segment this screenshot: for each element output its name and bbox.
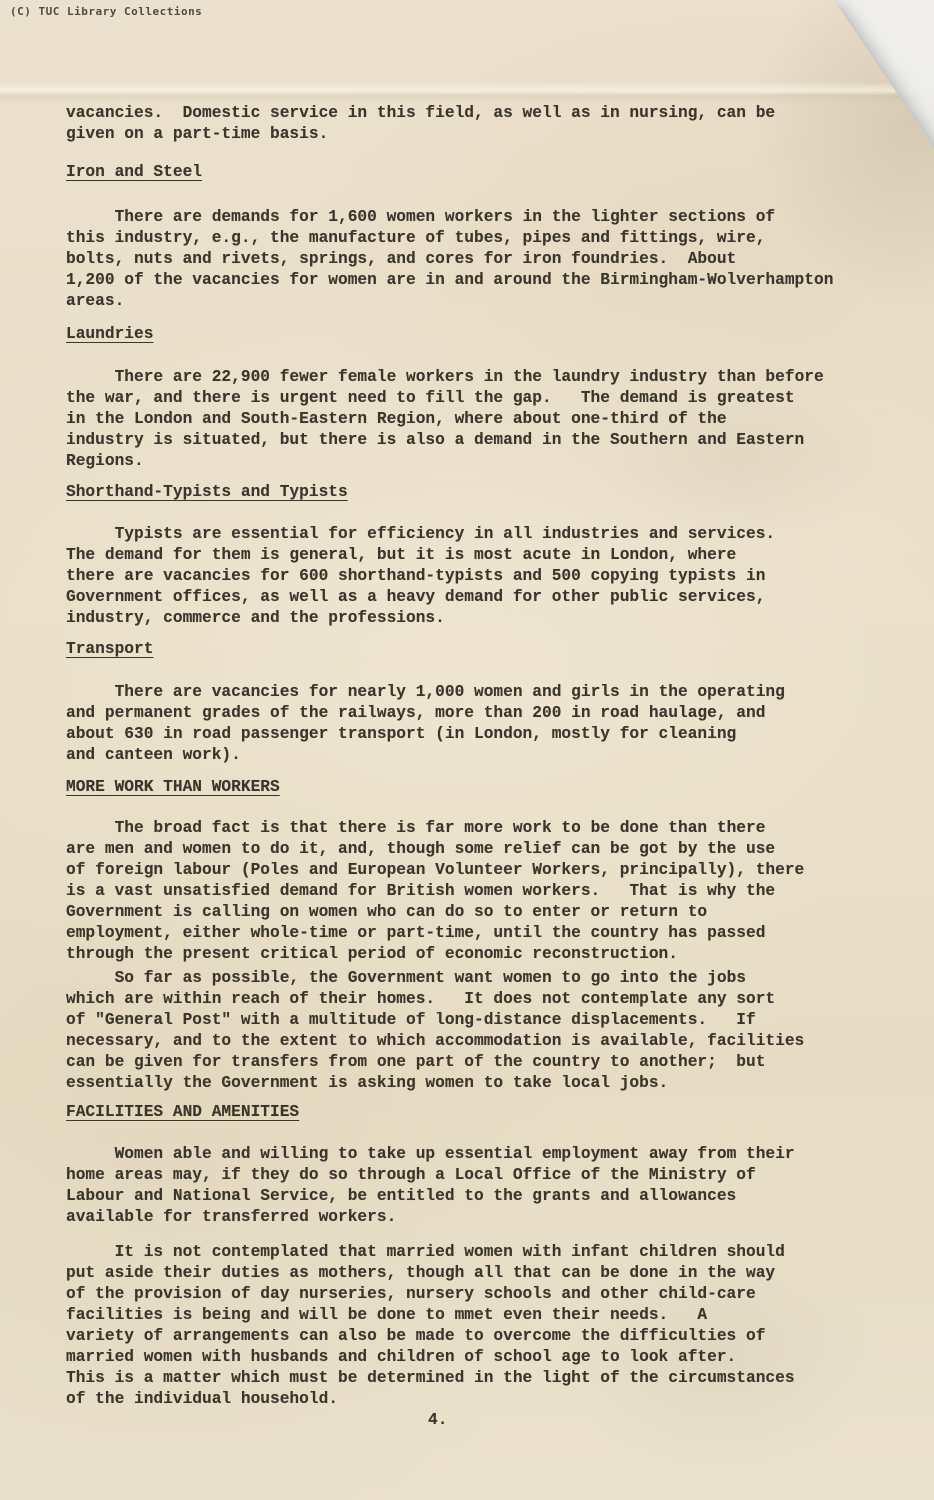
paragraph-laundries: There are 22,900 fewer female workers in… [66,367,824,472]
scan-backdrop: (C) TUC Library Collections vacancies. D… [0,0,934,1500]
paper-shadow-wrapper: (C) TUC Library Collections vacancies. D… [0,0,934,1500]
paragraph-shorthand-typists: Typists are essential for efficiency in … [66,524,775,629]
document-page: (C) TUC Library Collections vacancies. D… [0,0,934,1500]
library-watermark: (C) TUC Library Collections [10,5,202,18]
paragraph-facilities-2: It is not contemplated that married wome… [66,1242,795,1410]
paragraph-more-work-2: So far as possible, the Government want … [66,968,804,1094]
page-number: 4. [428,1410,447,1431]
paragraph-iron-and-steel: There are demands for 1,600 women worker… [66,207,833,312]
paragraph-facilities-1: Women able and willing to take up essent… [66,1144,795,1228]
heading-laundries: Laundries [66,324,153,345]
heading-more-work-than-workers: MORE WORK THAN WORKERS [66,777,280,798]
paragraph-more-work-1: The broad fact is that there is far more… [66,818,804,965]
heading-iron-and-steel: Iron and Steel [66,162,202,183]
paragraph-transport: There are vacancies for nearly 1,000 wom… [66,682,785,766]
heading-transport: Transport [66,639,153,660]
heading-shorthand-typists: Shorthand-Typists and Typists [66,482,348,503]
paper-crease [0,82,934,104]
paragraph-intro-continuation: vacancies. Domestic service in this fiel… [66,103,775,145]
heading-facilities-and-amenities: FACILITIES AND AMENITIES [66,1102,299,1123]
